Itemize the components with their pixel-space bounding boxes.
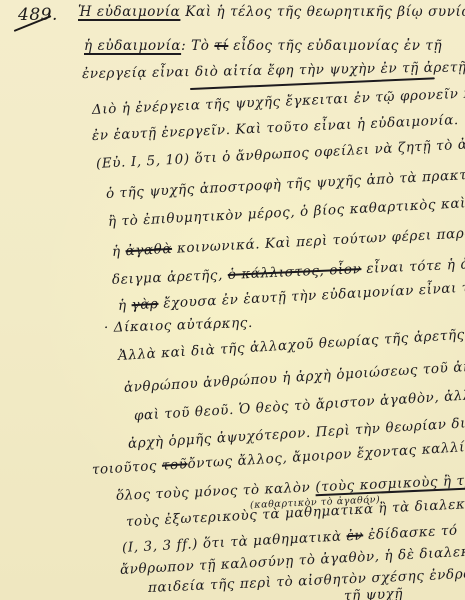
line-text: ἡ (112, 243, 126, 260)
struck-word: ἀγαθὰ (125, 241, 172, 259)
manuscript-line: · Δίκαιος αὐτάρκης. (104, 315, 253, 336)
struck-word: τοῦ (161, 456, 188, 474)
struck-word: γὰρ (131, 296, 159, 313)
line-text: · Δίκαιος αὐτάρκης. (104, 315, 253, 336)
underlined-term: ἡ εὐδαιμονία (84, 38, 181, 54)
manuscript-line: Διὸ ἡ ἐνέργεια τῆς ψυχῆς ἔγκειται ἐν τῷ … (92, 85, 465, 118)
line-text: ὁ τῆς ψυχῆς ἀποστροφὴ τῆς ψυχῆς ἀπὸ τὰ π… (106, 166, 465, 202)
line-text: ἐδίδασκε τό (363, 522, 458, 543)
struck-heading: Ἡ εὐδαιμονία (78, 4, 180, 20)
line-text: Καὶ ἡ τέλος τῆς θεωρητικῆς βίῳ συνίστατα… (180, 4, 465, 20)
line-text: Τὸ (186, 38, 214, 54)
manuscript-line: ἡ εὐδαιμονία: Τὸ τί εἶδος τῆς εὐδαιμονία… (84, 38, 442, 54)
line-text: δειγμα ἀρετῆς, (112, 267, 229, 288)
line-text: ἡ (118, 297, 132, 314)
manuscript-line: Ἡ εὐδαιμονία Καὶ ἡ τέλος τῆς θεωρητικῆς … (78, 4, 465, 20)
bracketed-note: (τοὺς κοσμικοὺς ἢ τροπικούς ἢ (315, 469, 465, 495)
struck-word: τί (214, 38, 228, 54)
manuscript-line: ἡ ἀγαθὰ κοινωνικά. Καὶ περὶ τούτων φέρει… (112, 225, 465, 260)
line-text: τῇ ψυχῇ (344, 586, 404, 600)
manuscript-line: ὁ τῆς ψυχῆς ἀποστροφὴ τῆς ψυχῆς ἀπὸ τὰ π… (106, 166, 465, 202)
line-text: τοιοῦτος (92, 458, 163, 478)
line-text: εἶδος τῆς εὐδαιμονίας ἐν τῇ (228, 38, 442, 54)
line-text: κοινωνικά. Καὶ περὶ τούτων φέρει παρά- (172, 225, 465, 257)
line-text: εἶναι τότε ἡ ἀρετὴ (361, 255, 465, 277)
struck-word: ἐν (346, 527, 363, 544)
line-text: ἔχουσα ἐν ἑαυτῇ τὴν εὐδαιμονίαν εἶναι τὸ (158, 279, 465, 312)
struck-phrase: ὁ κάλλιστος, οἷον (227, 261, 361, 283)
manuscript-page: 489. Ἡ εὐδαιμονία Καὶ ἡ τέλος τῆς θεωρητ… (0, 0, 465, 600)
manuscript-line: τῇ ψυχῇ (344, 586, 404, 600)
line-text: Διὸ ἡ ἐνέργεια τῆς ψυχῆς ἔγκειται ἐν τῷ … (92, 85, 465, 118)
